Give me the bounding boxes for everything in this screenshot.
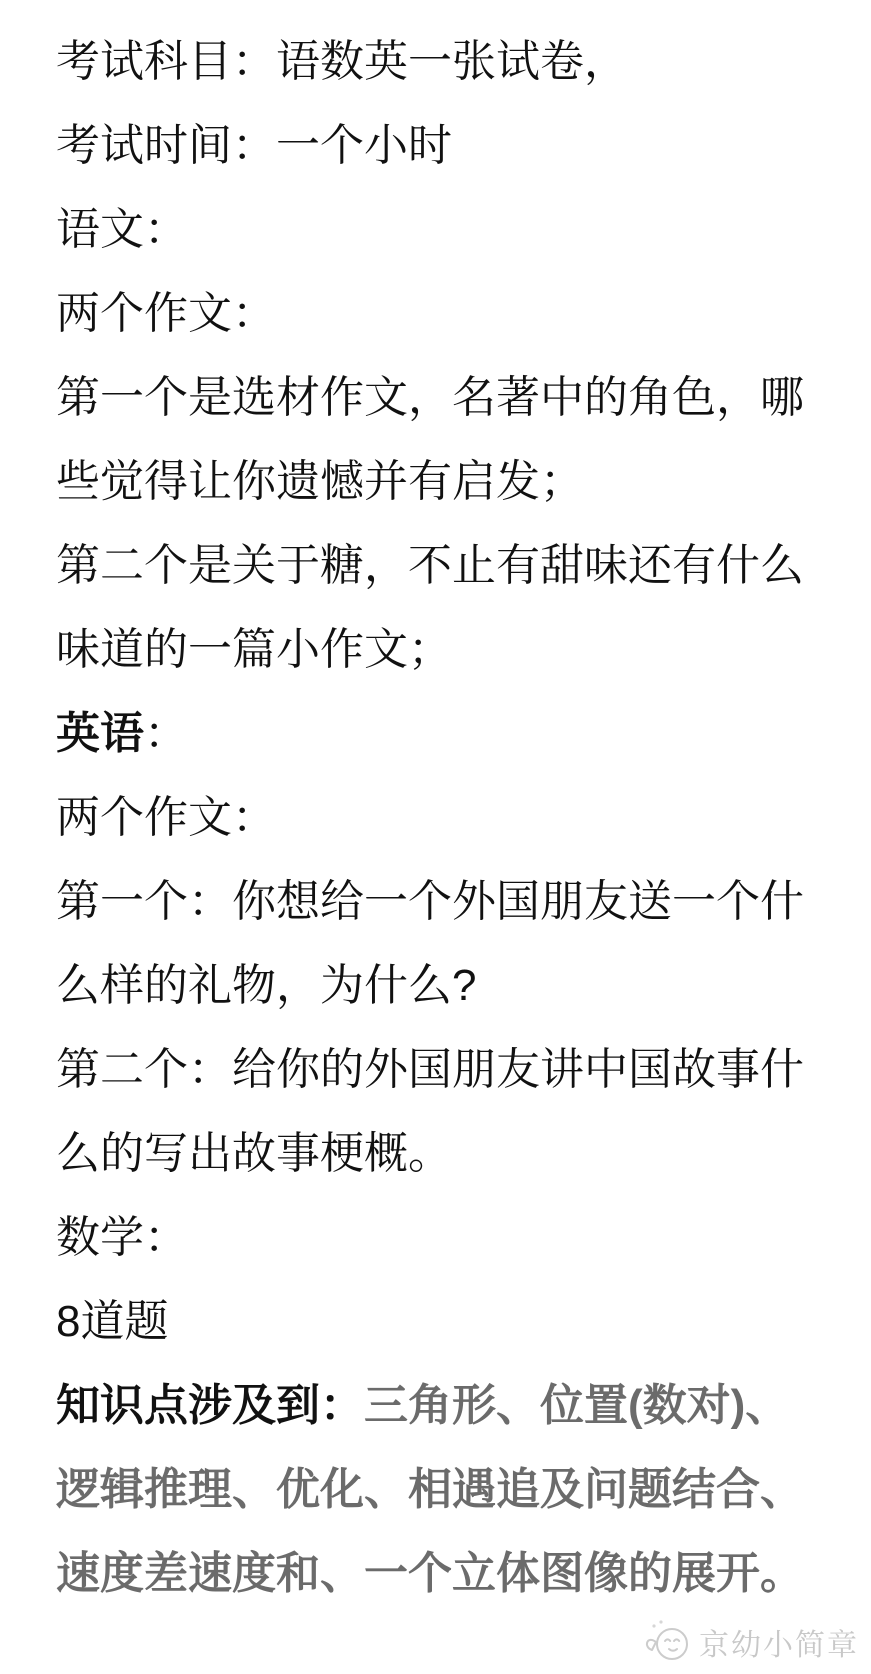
exam-subject-line: 考试科目：语数英一张试卷， bbox=[56, 20, 821, 104]
text-run: 第一个：你想给一个外国朋友送一个什么样的礼物，为什么? bbox=[56, 877, 804, 1010]
section-english-heading: 英语： bbox=[56, 692, 821, 776]
fish-mascot-icon bbox=[641, 1616, 695, 1668]
article-body: 考试科目：语数英一张试卷， 考试时间：一个小时 语文： 两个作文： 第一个是选材… bbox=[0, 0, 821, 1616]
text-run: 8道题 bbox=[56, 1297, 168, 1346]
text-run: 考试时间：一个小时 bbox=[56, 121, 452, 170]
text-run: 两个作文： bbox=[56, 289, 276, 338]
knowledge-points-line: 知识点涉及到：三角形、位置(数对)、逻辑推理、优化、相遇追及问题结合、速度差速度… bbox=[56, 1364, 821, 1616]
english-essays-line: 两个作文： bbox=[56, 776, 821, 860]
text-run: 语文： bbox=[56, 205, 188, 254]
text-run: 第一个是选材作文，名著中的角色，哪些觉得让你遗憾并有启发； bbox=[56, 373, 804, 506]
math-questions-line: 8道题 bbox=[56, 1280, 821, 1364]
knowledge-points-label: 知识点涉及到： bbox=[56, 1381, 364, 1430]
text-run: 英语 bbox=[56, 709, 144, 758]
section-chinese-heading: 语文： bbox=[56, 188, 821, 272]
watermark: 京幼小简章 bbox=[641, 1616, 859, 1668]
text-run: 第二个：给你的外国朋友讲中国故事什么的写出故事梗概。 bbox=[56, 1045, 804, 1178]
section-math-heading: 数学： bbox=[56, 1196, 821, 1280]
english-essay-2-line: 第二个：给你的外国朋友讲中国故事什么的写出故事梗概。 bbox=[56, 1028, 821, 1196]
text-run: ： bbox=[144, 709, 188, 758]
text-run: 考试科目：语数英一张试卷， bbox=[56, 37, 628, 86]
chinese-essays-line: 两个作文： bbox=[56, 272, 821, 356]
chinese-essay-1-line: 第一个是选材作文，名著中的角色，哪些觉得让你遗憾并有启发； bbox=[56, 356, 821, 524]
text-run: 数学： bbox=[56, 1213, 188, 1262]
chinese-essay-2-line: 第二个是关于糖，不止有甜味还有什么味道的一篇小作文； bbox=[56, 524, 821, 692]
text-run: 第二个是关于糖，不止有甜味还有什么味道的一篇小作文； bbox=[56, 541, 804, 674]
exam-time-line: 考试时间：一个小时 bbox=[56, 104, 821, 188]
watermark-label: 京幼小简章 bbox=[699, 1620, 859, 1664]
english-essay-1-line: 第一个：你想给一个外国朋友送一个什么样的礼物，为什么? bbox=[56, 860, 821, 1028]
text-run: 两个作文： bbox=[56, 793, 276, 842]
